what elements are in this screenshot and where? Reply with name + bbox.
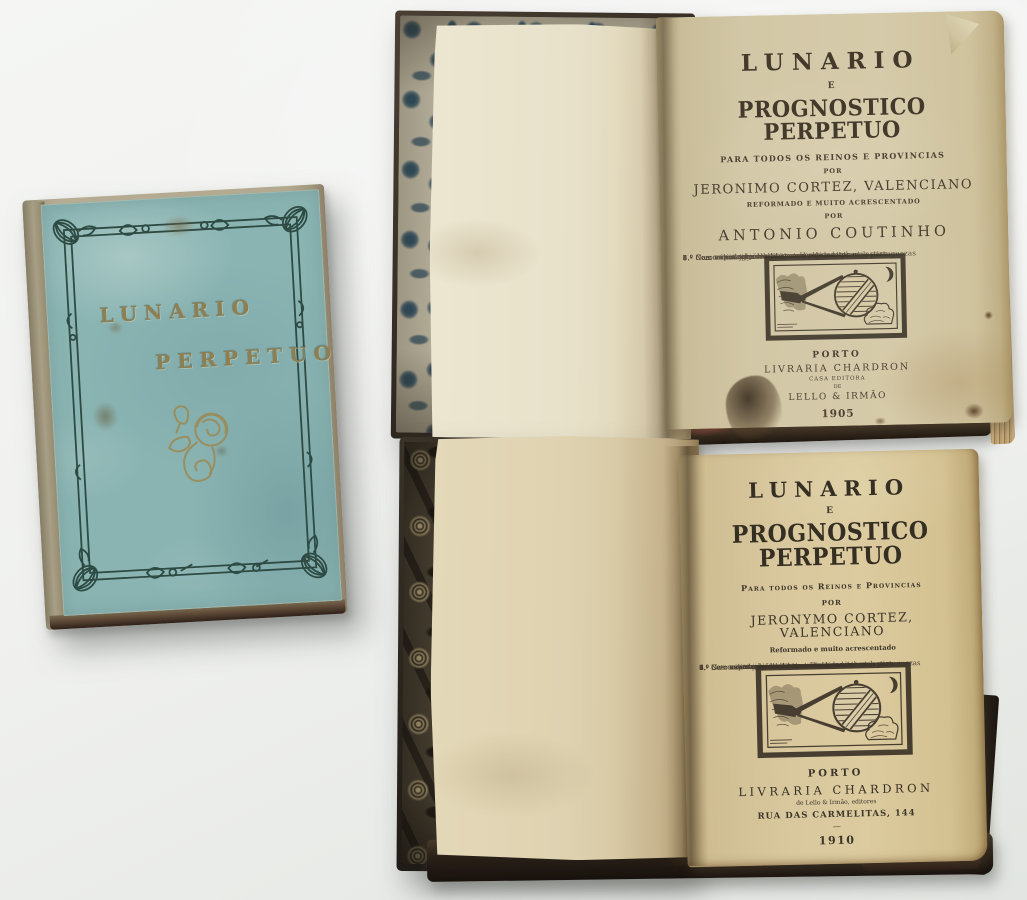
imprint-editores: de Lello & Irmão, editores [702,797,970,809]
decorative-frame [40,189,342,616]
imprint-city: PORTO [702,766,970,782]
gutter-shadow [640,18,684,438]
page-title-line2: PROGNOSTICO PERPETUO [696,518,965,572]
book-front-cover: LUNARIO PERPETUO [40,189,342,616]
blank-left-page [429,435,703,861]
page-title-connector: E [679,79,983,94]
hand-compass-globe-engraving-icon [764,252,908,343]
author-name: JERONIMO CORTEZ, VALENCIANO [681,177,985,196]
byline: POR [698,596,966,609]
title-page-text: LUNARIO E PROGNOSTICO PERPETUO Para todo… [695,475,971,849]
title-page-text: LUNARIO E PROGNOSTICO PERPETUO PARA TODO… [678,47,990,423]
page-subtitle: Para todos os Reinos e Provincias [697,579,965,593]
page-shading [429,435,703,861]
page-title-line2: PROGNOSTICO PERPETUO [679,93,984,145]
reviser-name: ANTONIO COUTINHO [682,223,986,244]
foxing-spot [984,311,993,320]
byline: POR [681,165,985,178]
title-page-1905: LUNARIO E PROGNOSTICO PERPETUO PARA TODO… [656,10,1013,429]
floral-ornament-icon [146,402,251,503]
foxing-spot [874,417,886,425]
byline: POR [682,210,986,223]
page-title-line1: LUNARIO [678,47,982,76]
page-title-line1: LUNARIO [695,475,963,502]
title-page-1910: LUNARIO E PROGNOSTICO PERPETUO Para todo… [678,449,987,868]
foxing-spot [964,403,984,419]
stain [107,320,124,335]
author-name: JERONYMO CORTEZ, VALENCIANO [698,610,966,641]
open-book-1910: LUNARIO E PROGNOSTICO PERPETUO Para todo… [393,428,1027,900]
stain [92,401,120,432]
edition-note: Reformado e muito acrescentado [699,643,967,656]
stain [214,445,229,458]
closed-book-lunario-perpetuo: LUNARIO PERPETUO [22,184,348,630]
hand-compass-globe-engraving-icon [755,661,913,759]
photo-of-three-antique-lunario-books: LUNARIO PERPETUO [0,0,1027,900]
edition-note: REFORMADO E MUITO ACRESCENTADO [682,196,986,209]
page-subtitle: PARA TODOS OS REINOS E PROVINCIAS [681,150,985,164]
imprint-publisher: LIVRARIA CHARDRON [702,782,970,800]
imprint-year: 1910 [703,832,971,849]
gutter-shadow [663,446,709,866]
open-book-1905: LUNARIO E PROGNOSTICO PERPETUO PARA TODO… [388,4,1027,472]
